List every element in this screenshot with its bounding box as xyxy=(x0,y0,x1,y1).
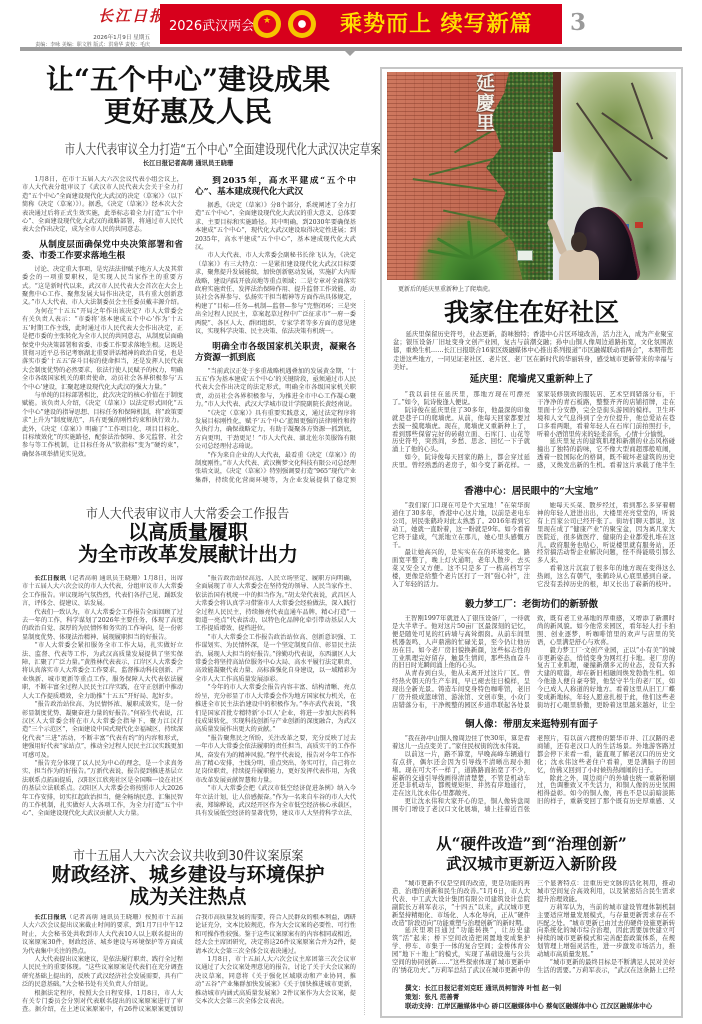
credit-partners: 联动支持：江岸区融媒体中心 硚口区融媒体中心 蔡甸区融媒体中心 江汉区融媒体中心 xyxy=(405,1002,675,1011)
section-heading-bronze-statue: 铜人像：带朋友来逛特别有面子 xyxy=(382,719,681,730)
credit-writers: 撰文：长江日报记者刘克旺 通讯员柯智涛 叶恒 赵一钊 xyxy=(405,984,675,993)
headline-line-2: 为全市改革发展献计出力 xyxy=(20,543,356,565)
lead-paragraph: 长江日报讯（记者高萌 通讯员王晓珊）1月8日，出席市十五届人大六次会议的市人大代… xyxy=(22,575,183,609)
headline-line-1: 让“五个中心”建设成果 xyxy=(20,64,356,96)
feature-credits: 撰文：长江日报记者刘克旺 通讯员柯智涛 叶恒 赵一钊 策划：张凡 范善菁 联动支… xyxy=(405,984,675,1011)
photo-person-head xyxy=(571,232,587,252)
paragraph: 她每天买菜、散步经过，看到那么多穿着精神的年轻人进进出出，大楼里亮亮堂堂的，听说… xyxy=(537,502,675,565)
headline-line-2: 更好惠及人民 xyxy=(20,96,356,128)
headline-line-2: 武汉城市更新迈入新阶段 xyxy=(382,854,681,874)
paragraph: 1月8日，市十五届人大六次会议主席团第三次会议审议通过了大会议案处理意见的报告，… xyxy=(195,956,356,1006)
paragraph: 王智刚1997年就进入了银压设备厂，一待就是大半辈子。他对这片50亩厂区最深刻的… xyxy=(392,615,530,670)
column-divider xyxy=(364,300,365,1015)
section-heading: 明确全市各级国家机关职责，凝聚各方资源一抓到底 xyxy=(195,342,356,364)
feature-title: 我家住在好社区 xyxy=(382,299,681,327)
paragraph: “报告充分体现了以人民为中心的理念，是一个求真务实、担当作为的好报告。”万新代表… xyxy=(22,760,183,819)
banner-title: 2026武汉两会 xyxy=(169,15,254,34)
closing-headline: 从“硬件改造”到“治理创新” 武汉城市更新迈入新阶段 xyxy=(382,834,681,874)
section-body-hongkong-center: “我们家门口现在可是个大宝地！”在荣华街道住了30多年，香港中心这片地，以前是老… xyxy=(392,502,675,592)
article1-deck: 市人大代表审议全力打造“五个中心”全面建设现代化大武汉决定草案 xyxy=(20,138,356,158)
article1-headline: 让“五个中心”建设成果 更好惠及人民 xyxy=(20,64,356,128)
article3-headline: 财政经济、城乡建设与环境保护 成为关注热点 xyxy=(20,864,356,908)
section-heading-hongkong-center: 香港中心：居民眼中的“大宝地” xyxy=(382,486,681,497)
dateline-tag: 长江日报讯 xyxy=(34,575,66,582)
article1-body: 1月8日，在市十五届人大六次会议代表小组会议上，市人大代表分组审议了《武汉市人民… xyxy=(22,176,356,493)
paragraph: 阮诗俊在延庆里住了30多年，他最深的印象就是巷子口的爬墙虎。从前，他每天回家都要… xyxy=(392,407,530,454)
headline-line-1: 财政经济、城乡建设与环境保护 xyxy=(20,864,356,886)
deck-text: 市人大代表审议全力打造“五个中心”全面建设现代化大武汉决定草案 xyxy=(65,138,381,158)
paragraph: 万莉军认为，当前的城市建设管理体制机制主要适应增量发展模式，与存量更新需求存在不… xyxy=(537,904,675,959)
paragraph: “《决定（草案）》具有重要实践意义，通过法定程序将发展目标刚性化，赋予‘五个中心… xyxy=(195,410,356,452)
section-banner: 2026武汉两会 ★ 乘势而上 续写新篇 xyxy=(160,4,562,44)
section-heading-yanqingli: 延庆里：爬墙虎又重新种上了 xyxy=(382,374,681,385)
photo-yanqingli: 延慶里 xyxy=(387,72,676,280)
photo-sign-text: 延慶里 xyxy=(473,73,495,133)
section-body-yanqingli: “我以前住在延庆里，那地方现在可漂亮了。”如今，阮诗俊逢人便说。 阮诗俊在延庆里… xyxy=(392,391,675,477)
photo-caption: 更新后的延庆里重新种上了爬墙虎。 xyxy=(398,284,494,293)
article3-body: 长江日报讯（记者高萌 通讯员王晓珊）按照市十五届人大六次会议提出议案截止时间的要… xyxy=(22,914,356,1022)
section-body-bronze-statue: “我在孙中山铜人像周边住了快30年，算是看着这儿一点点变美了。”家住民权街的沈永… xyxy=(392,735,675,821)
photo-person xyxy=(559,250,599,280)
headline-line-1: 以高质量履职 xyxy=(20,521,356,543)
dateline-tag: 长江日报讯 xyxy=(34,914,66,921)
paragraph: 据悉，《决定（草案）》分8个部分，系统阐述了全力打造“五个中心”、全面建设现代化… xyxy=(195,202,356,252)
paragraph: 讨论、决定重大事项，是宪法法律赋予地方人大及其常委会的一项重要职权，是实现人民当… xyxy=(22,266,183,308)
photo-street-sign xyxy=(635,222,643,228)
paragraph: “报告政治站位高、为民情怀浓、履职成效实，是一份彰显制度优势、凝聚奋进力量的好报… xyxy=(22,701,183,760)
feature-box: 延慶里 更新后的延庆里重新种上了爬墙虎。 我家住在好社区 延庆里保留历史符号，业… xyxy=(380,67,683,1018)
rule-pointer-icon xyxy=(345,51,355,56)
paragraph: “报告聚焦民之所盼，关注改革之要，充分反映了过去一年市人大常委会依法履职的责任担… xyxy=(195,735,356,785)
section-body-dream-factory: 王智刚1997年就进入了银压设备厂，一待就是大半辈子。他对这片50亩厂区最深刻的… xyxy=(392,615,675,713)
paragraph: “当前武汉正处于多重战略机遇叠加的发展黄金期，‘十五五’作为基本建成‘五个中心’… xyxy=(195,368,356,410)
paragraph: “报告政治站位高远、人民立场坚定、履职方向明确，全面展现了市人大常委会在坚持党的… xyxy=(195,575,356,634)
paragraph: 为何在“十五五”开局之年作出该决定？市人大常委会有关负责人表示：“市委将‘基本建… xyxy=(22,308,183,392)
paragraph: 以前这一片，路不算宽，早晚高峰车辆通行有点挤，偶尔还会因为引导线不清晰出现小拥堵… xyxy=(392,751,530,798)
paragraph: “我以前住在延庆里，那地方现在可漂亮了。”如今，阮诗俊逢人便说。 xyxy=(392,391,530,407)
headline-line-2: 成为关注热点 xyxy=(20,886,356,908)
deck-text: 市十五届人大六次会议共收到30件议案原案 xyxy=(73,845,304,864)
article2-headline: 以高质量履职 为全市改革发展献计出力 xyxy=(20,521,356,565)
feature-intro: 延庆里保留历史符号，业态更新，韵味独特；香港中心片区环境改善，活力注入，成为产业… xyxy=(393,331,673,372)
paragraph: 人大代表提出议案建议，是依法履行职责、践行全过程人民民主的重要体现。“这些议案原… xyxy=(22,956,183,990)
article2-body: 长江日报讯（记者高萌 通讯员王晓珊）1月8日，出席市十五届人大六次会议的市人大代… xyxy=(22,575,356,833)
banner-slogan: 乘势而上 续写新篇 xyxy=(340,11,533,37)
section-heading-dream-factory: 毅力梦工厂：老街坊们的新骄傲 xyxy=(382,599,681,610)
newspaper-logo: 长江日报 xyxy=(98,5,166,26)
paragraph: “市人大常委会工作报告政治站位高、创新意识强、工作谋划实、为民情怀深，是一个坚定… xyxy=(195,634,356,684)
photo-plaque xyxy=(517,250,533,261)
section-heading: 到2035年，高水平建成“五个中心”、基本建成现代化大武汉 xyxy=(195,176,356,198)
lead-paragraph: 长江日报讯（记者高萌 通讯员王晓珊）按照市十五届人大六次会议提出议案截止时间的要… xyxy=(22,914,183,956)
article1-byline: 长江日报记者高萌 通讯员王晓珊 xyxy=(20,158,356,167)
cppcc-emblem-icon xyxy=(288,10,316,38)
section-heading: 从制度层面确保党中央决策部署和省委、市委工作要求落地生根 xyxy=(22,240,183,262)
issue-date: 2026年1月9日 星期五 xyxy=(40,33,150,41)
headline-line-1: 从“硬件改造”到“治理创新” xyxy=(382,834,681,854)
closing-body: “城市更新不仅是空间的改造，更是功能的再造、治理的创新和民生的改善。”1月6日，… xyxy=(392,880,675,976)
credit-planners: 策划：张凡 范善菁 xyxy=(405,993,675,1002)
paragraph: 市人大代表、市人大常委会副秘书长徐飞认为，《决定（草案）》有三大特点：一是紧扣建… xyxy=(195,252,356,336)
paragraph: “今年的市人大常委会报告内容丰富、结构清晰、亮点纷呈，充分彰显了市人大常委会作为… xyxy=(195,684,356,734)
paragraph: 1月8日，在市十五届人大六次会议代表小组会议上，市人大代表分组审议了《武汉市人民… xyxy=(22,176,183,235)
paragraph: “市人大常委会紧扣服务全市工作大局，扎实做好立法、监督、代表等工作，为武汉高质量… xyxy=(22,642,183,701)
page-number: 3 xyxy=(570,9,586,36)
paragraph: 与单纯的目标部署相比，此次决定的核心价值在于制度赋能。该负责人介绍，《决定（草案… xyxy=(22,392,183,459)
paragraph: “我在孙中山铜人像周边住了快30年，算是看着这儿一点点变美了。”家住民权街的沈永… xyxy=(392,735,530,751)
star-icon: ★ xyxy=(253,16,281,26)
paragraph: 代表们一致认为，市人大常委会工作报告全面回顾了过去一年的工作，科学谋划了2026… xyxy=(22,609,183,643)
article3-deck: 市十五届人大六次会议共收到30件议案原案 xyxy=(20,845,356,864)
national-emblem-icon: ★ xyxy=(253,10,281,38)
paragraph: “我们家门口现在可是个大宝地！”在荣华街道住了30多年，香港中心这片地，以前是老… xyxy=(392,502,530,549)
paragraph: “城市更新不仅是空间的改造，更是功能的再造、治理的创新和民生的改善。”1月6日，… xyxy=(392,880,530,927)
paragraph: 最让她高兴的，是实实在在的环境变化。路面宽平整了，晚上灯火通明，老年人散步、去买… xyxy=(392,549,530,589)
